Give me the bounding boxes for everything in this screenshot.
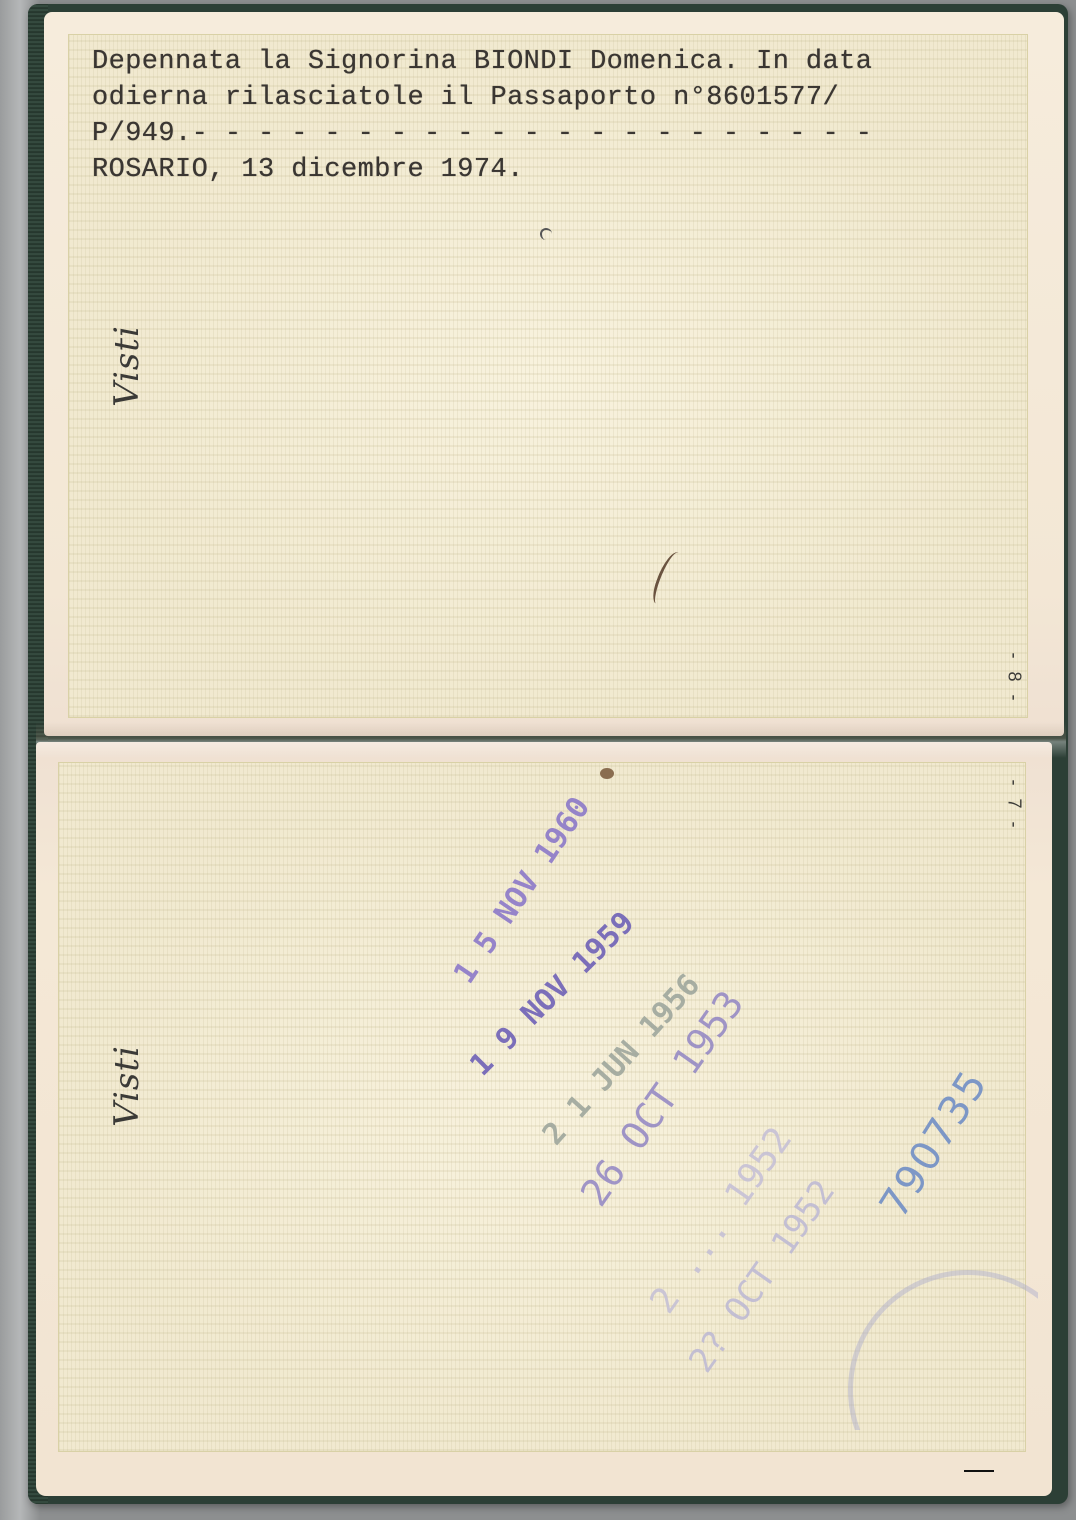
typed-line: odierna rilasciatole il Passaporto n°860… [92,80,1062,116]
page-number: - 8 - [1004,652,1025,704]
typed-line: ROSARIO, 13 dicembre 1974. [92,152,1062,188]
stain-spot [600,768,614,779]
visti-label: Visti [107,1045,147,1127]
passport-scan: Depennata la Signorina BIONDI Domenica. … [0,0,1076,1520]
visti-label: Visti [107,325,147,407]
pen-mark [540,228,552,240]
typed-line: Depennata la Signorina BIONDI Domenica. … [92,44,1062,80]
typed-line: P/949.- - - - - - - - - - - - - - - - - … [92,116,1062,152]
typed-cancellation-note: Depennata la Signorina BIONDI Domenica. … [92,44,1062,188]
page-number: - 7 - [1004,779,1025,831]
edge-mark [964,1470,994,1472]
